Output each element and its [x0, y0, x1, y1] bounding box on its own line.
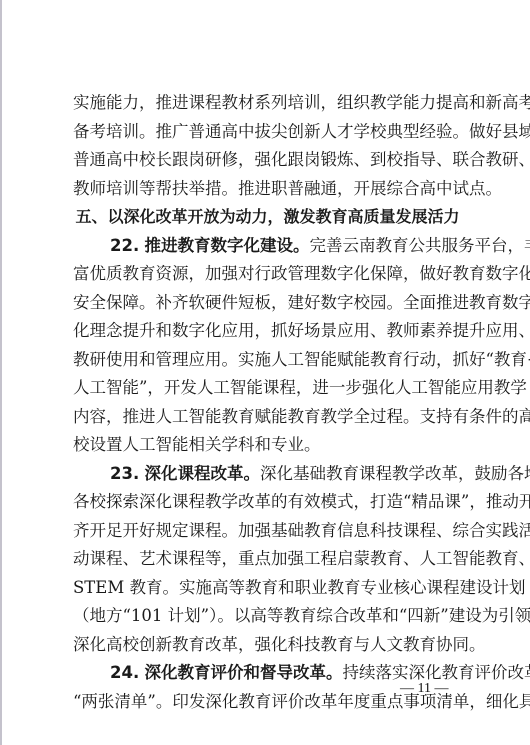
page-left-border [0, 0, 2, 745]
item-text: 持续落实深化教育评价改革 [342, 663, 530, 682]
text-line: 富优质教育资源，加强对行政管理数字化保障，做好教育数字化 [73, 260, 462, 289]
text-line: 教研使用和管理应用。实施人工智能赋能教育行动，抓好“教育+ [73, 346, 462, 375]
text-line: 内容，推进人工智能教育赋能教育教学全过程。支持有条件的高 [73, 403, 462, 432]
item-text: 深化基础教育课程教学改革，鼓励各地 [260, 464, 530, 483]
text-line: STEM 教育。实施高等教育和职业教育专业核心课程建设计划 [73, 574, 462, 603]
section-heading: 五、以深化改革开放为动力，激发教育高质量发展活力 [73, 203, 462, 232]
text-line: 校设置人工智能相关学科和专业。 [73, 431, 462, 460]
item-23-first-line: 23. 深化课程改革。深化基础教育课程教学改革，鼓励各地 [73, 460, 462, 489]
text-line: 实施能力，推进课程教材系列培训，组织教学能力提高和新高考 [73, 89, 462, 118]
text-line: （地方“101 计划”）。以高等教育综合改革和“四新”建设为引领， [73, 602, 462, 631]
text-line: 各校探索深化课程教学改革的有效模式，打造“精品课”，推动开 [73, 488, 462, 517]
text-line: 动课程、艺术课程等，重点加强工程启蒙教育、人工智能教育、 [73, 545, 462, 574]
document-page: 实施能力，推进课程教材系列培训，组织教学能力提高和新高考 备考培训。推广普通高中… [73, 89, 462, 716]
text-line: 安全保障。补齐软硬件短板，建好数字校园。全面推进教育数字 [73, 289, 462, 318]
item-22-first-line: 22. 推进教育数字化建设。完善云南教育公共服务平台，丰 [73, 232, 462, 261]
item-number: 22. [110, 236, 139, 255]
text-line: 普通高中校长跟岗研修，强化跟岗锻炼、到校指导、联合教研、 [73, 146, 462, 175]
item-number: 24. [110, 663, 139, 682]
page-number: — 11 — [400, 681, 448, 697]
item-number: 23. [110, 464, 139, 483]
item-title: 推进教育数字化建设。 [144, 236, 309, 255]
item-text: 完善云南教育公共服务平台，丰 [309, 236, 530, 255]
text-line: 齐开足开好规定课程。加强基础教育信息科技课程、综合实践活 [73, 517, 462, 546]
item-title: 深化教育评价和督导改革。 [144, 663, 342, 682]
text-line: 教师培训等帮扶举措。推进职普融通，开展综合高中试点。 [73, 175, 462, 204]
item-title: 深化课程改革。 [144, 464, 260, 483]
text-line: 化理念提升和数字化应用，抓好场景应用、教师素养提升应用、 [73, 317, 462, 346]
text-line: 人工智能”，开发人工智能课程，进一步强化人工智能应用教学 [73, 374, 462, 403]
text-line: 深化高校创新教育改革，强化科技教育与人文教育协同。 [73, 631, 462, 660]
text-line: 备考培训。推广普通高中拔尖创新人才学校典型经验。做好县域 [73, 118, 462, 147]
